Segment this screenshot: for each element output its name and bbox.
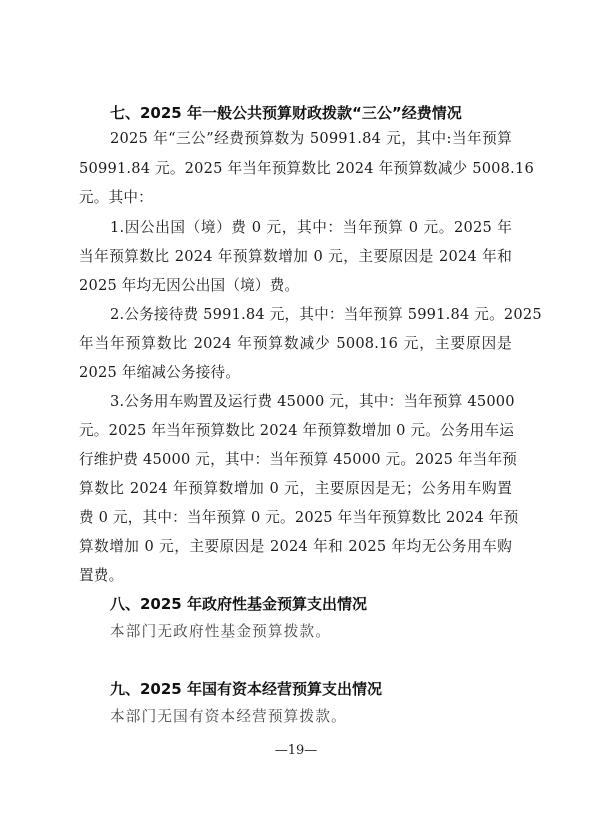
paragraph-line: 2025 年“三公”经费预算数为 50991.84 元，其中:当年预算 bbox=[110, 129, 512, 149]
paragraph-line: 元。其中： bbox=[79, 188, 512, 208]
section-9-text: 本部门无国有资本经营预算拨款。 bbox=[110, 707, 347, 727]
item3-line: 算数增加 0 元，主要原因是 2024 年和 2025 年均无公务用车购 bbox=[79, 537, 512, 557]
item1-line: 2025 年均无因公出国（境）费。 bbox=[79, 276, 512, 296]
item3-line: 算数比 2024 年预算数增加 0 元，主要原因是无；公务用车购置 bbox=[79, 479, 512, 499]
page-number: —19— bbox=[0, 743, 592, 758]
section-heading-8: 八、2025 年政府性基金预算支出情况 bbox=[110, 594, 367, 614]
item3-line: 行维护费 45000 元，其中：当年预算 45000 元。2025 年当年预 bbox=[79, 450, 512, 470]
item3-line: 置费。 bbox=[79, 566, 512, 586]
item3-line: 元。2025 年当年预算数比 2024 年预算数增加 0 元。公务用车运 bbox=[79, 421, 512, 441]
item1-line: 当年预算数比 2024 年预算数增加 0 元，主要原因是 2024 年和 bbox=[79, 247, 512, 267]
section-8-text: 本部门无政府性基金预算拨款。 bbox=[110, 622, 331, 642]
section-heading-7: 七、2025 年一般公共预算财政拨款“三公”经费情况 bbox=[110, 103, 462, 123]
section-heading-9: 九、2025 年国有资本经营预算支出情况 bbox=[110, 679, 382, 699]
item2-line: 2025 年缩减公务接待。 bbox=[79, 363, 512, 383]
paragraph-line: 50991.84 元。2025 年当年预算数比 2024 年预算数减少 5008… bbox=[79, 159, 512, 179]
item2-line: 年当年预算数比 2024 年预算数减少 5008.16 元，主要原因是 bbox=[79, 334, 512, 354]
item3-line: 费 0 元，其中：当年预算 0 元。2025 年当年预算数比 2024 年预 bbox=[79, 508, 512, 528]
item3-line: 3.公务用车购置及运行费 45000 元，其中：当年预算 45000 bbox=[110, 392, 512, 412]
item1-line: 1.因公出国（境）费 0 元，其中：当年预算 0 元。2025 年 bbox=[110, 218, 512, 238]
item2-line: 2.公务接待费 5991.84 元，其中：当年预算 5991.84 元。2025 bbox=[110, 305, 512, 325]
